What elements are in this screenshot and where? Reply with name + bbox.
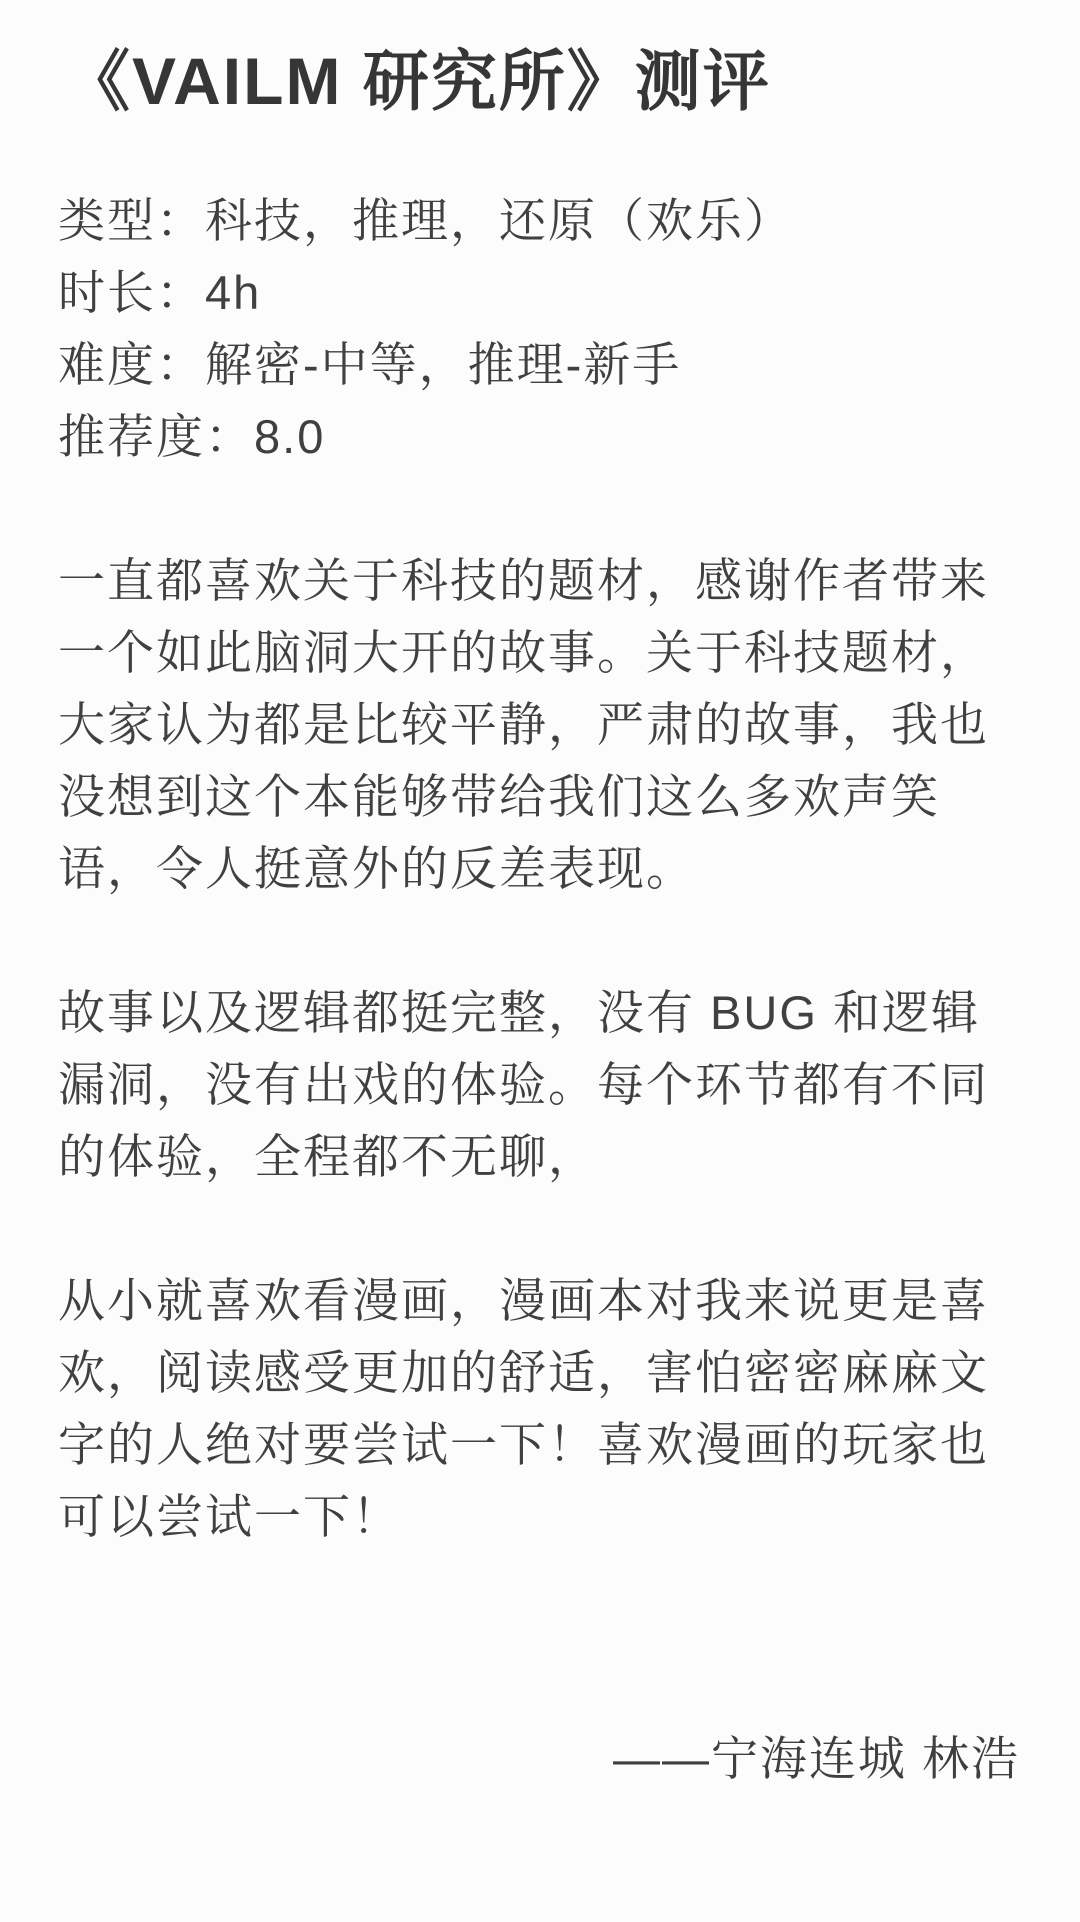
review-article: 《VAILM 研究所》测评 类型：科技，推理，还原（欢乐） 时长：4h 难度：解…: [0, 0, 1080, 1922]
meta-duration-label: 时长：: [58, 266, 205, 319]
meta-type-label: 类型：: [58, 194, 205, 247]
meta-rating-label: 推荐度：: [58, 410, 254, 463]
meta-block: 类型：科技，推理，还原（欢乐） 时长：4h 难度：解密-中等，推理-新手 推荐度…: [58, 185, 1020, 473]
meta-line-difficulty: 难度：解密-中等，推理-新手: [58, 329, 1020, 401]
page-title: 《VAILM 研究所》测评: [64, 40, 1020, 123]
review-paragraph-3: 从小就喜欢看漫画，漫画本对我来说更是喜欢，阅读感受更加的舒适，害怕密密麻麻文字的…: [58, 1265, 1020, 1553]
review-paragraph-2: 故事以及逻辑都挺完整，没有 BUG 和逻辑漏洞，没有出戏的体验。每个环节都有不同…: [58, 977, 1020, 1193]
meta-duration-value: 4h: [205, 266, 261, 319]
meta-difficulty-value: 解密-中等，推理-新手: [205, 338, 681, 391]
meta-rating-value: 8.0: [254, 410, 325, 463]
meta-line-type: 类型：科技，推理，还原（欢乐）: [58, 185, 1020, 257]
signature: ——宁海连城 林浩: [58, 1723, 1020, 1795]
meta-line-rating: 推荐度：8.0: [58, 401, 1020, 473]
meta-type-value: 科技，推理，还原（欢乐）: [205, 194, 793, 247]
meta-difficulty-label: 难度：: [58, 338, 205, 391]
meta-line-duration: 时长：4h: [58, 257, 1020, 329]
review-paragraph-1: 一直都喜欢关于科技的题材，感谢作者带来一个如此脑洞大开的故事。关于科技题材，大家…: [58, 545, 1020, 905]
